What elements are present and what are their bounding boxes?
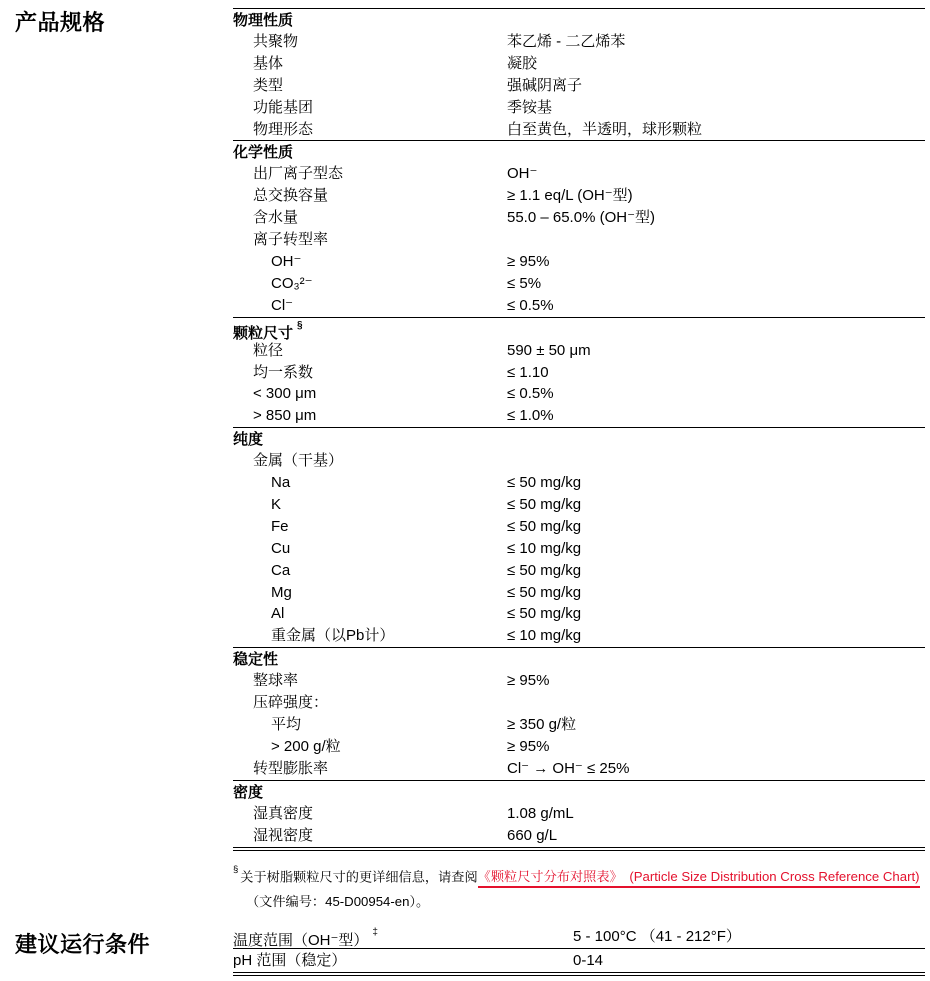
spec-row: 金属（干基） <box>233 450 925 472</box>
spec-row: 转型膨胀率 Cl⁻ → OH⁻ ≤ 25% <box>233 758 925 780</box>
spec-row-label: CO₃²⁻ <box>233 273 507 295</box>
spec-row-label-text: 离子转型率 <box>253 231 328 248</box>
spec-row-label: Mg <box>233 582 507 604</box>
spec-row: 湿视密度 660 g/L <box>233 825 925 847</box>
spec-row: 平均 ≥ 350 g/粒 <box>233 714 925 736</box>
footnote-text-pre: 关于树脂颗粒尺寸的更详细信息，请查阅 <box>240 869 477 884</box>
spec-row-label-text: 出厂离子型态 <box>253 165 343 182</box>
spec-row-value: ≤ 1.0% <box>507 405 925 427</box>
spec-row-value: 强碱阴离子 <box>507 75 925 97</box>
spec-row-label-text: 压碎强度： <box>253 694 328 711</box>
spec-row-label-text: 共聚物 <box>253 33 298 50</box>
spec-section-title: 密度 <box>233 781 925 803</box>
spec-section: 纯度 金属（干基） Na ≤ 50 mg/kg K ≤ 50 mg/kg Fe … <box>233 427 925 647</box>
footnote-marker: § <box>233 864 238 875</box>
spec-row-label: 整球率 <box>233 670 507 692</box>
spec-row-label-text: 重金属（以Pb计） <box>271 627 394 644</box>
spec-section-title-text: 物理性质 <box>233 12 293 29</box>
spec-row: 总交换容量 ≥ 1.1 eq/L (OH⁻型) <box>233 185 925 207</box>
spec-row-label: 金属（干基） <box>233 450 507 472</box>
spec-row: 整球率 ≥ 95% <box>233 670 925 692</box>
section-footnote-marker: § <box>297 320 303 331</box>
spec-row-value: ≤ 50 mg/kg <box>507 516 925 538</box>
spec-row-value <box>507 229 925 251</box>
spec-row-label-text: 金属（干基） <box>253 452 343 469</box>
spec-row: 粒径 590 ± 50 μm <box>233 340 925 362</box>
spec-row: OH⁻ ≥ 95% <box>233 251 925 273</box>
spec-section: 化学性质 出厂离子型态 OH⁻ 总交换容量 ≥ 1.1 eq/L (OH⁻型) … <box>233 140 925 316</box>
spec-row-label-text: OH⁻ <box>271 253 301 270</box>
spec-section-title: 物理性质 <box>233 9 925 31</box>
spec-row-label: 湿视密度 <box>233 825 507 847</box>
spec-row-value: 苯乙烯 - 二乙烯苯 <box>507 31 925 53</box>
spec-section-title-text: 化学性质 <box>233 144 293 161</box>
spec-row-label: 转型膨胀率 <box>233 758 507 780</box>
spec-row: Fe ≤ 50 mg/kg <box>233 516 925 538</box>
spec-row: Cu ≤ 10 mg/kg <box>233 538 925 560</box>
spec-row-value: 白至黄色，半透明，球形颗粒 <box>507 119 925 141</box>
spec-row-value <box>507 692 925 714</box>
spec-row-value: ≤ 5% <box>507 273 925 295</box>
spec-row: 共聚物 苯乙烯 - 二乙烯苯 <box>233 31 925 53</box>
spec-row-value: ≤ 0.5% <box>507 295 925 317</box>
spec-row: 基体 凝胶 <box>233 53 925 75</box>
spec-row-value: ≥ 95% <box>507 251 925 273</box>
spec-row-value: ≤ 50 mg/kg <box>507 603 925 625</box>
spec-row: 含水量 55.0 – 65.0% (OH⁻型) <box>233 207 925 229</box>
spec-row: < 300 μm ≤ 0.5% <box>233 383 925 405</box>
spec-row-label-text: 整球率 <box>253 672 298 689</box>
table-bottom-rule <box>233 972 925 976</box>
spec-row-label: 均一系数 <box>233 362 507 384</box>
spec-row-label-text: 平均 <box>271 716 301 733</box>
spec-row-label-text: 均一系数 <box>253 364 313 381</box>
spec-row-label: > 850 μm <box>233 405 507 427</box>
spec-row-value: OH⁻ <box>507 163 925 185</box>
spec-row: 离子转型率 <box>233 229 925 251</box>
spec-row-label: OH⁻ <box>233 251 507 273</box>
page-title-product-specs: 产品规格 <box>15 6 105 37</box>
spec-row-value: 凝胶 <box>507 53 925 75</box>
spec-row-label: < 300 μm <box>233 383 507 405</box>
spec-row: > 200 g/粒 ≥ 95% <box>233 736 925 758</box>
spec-row: 压碎强度： <box>233 692 925 714</box>
spec-section-title: 纯度 <box>233 428 925 450</box>
spec-row-label-text: CO₃²⁻ <box>271 275 313 292</box>
spec-row-value: 660 g/L <box>507 825 925 847</box>
spec-row: 物理形态 白至黄色，半透明，球形颗粒 <box>233 119 925 141</box>
spec-row: 均一系数 ≤ 1.10 <box>233 362 925 384</box>
spec-row-label-text: 转型膨胀率 <box>253 760 328 777</box>
spec-row-label-text: Mg <box>271 584 292 601</box>
spec-row-value: ≥ 1.1 eq/L (OH⁻型) <box>507 185 925 207</box>
table-bottom-rule <box>233 847 925 851</box>
spec-row-label: Ca <box>233 560 507 582</box>
spec-row-value: ≤ 10 mg/kg <box>507 625 925 647</box>
spec-row-label-text: 类型 <box>253 77 283 94</box>
spec-row-label-text: 基体 <box>253 55 283 72</box>
spec-row-value: ≤ 0.5% <box>507 383 925 405</box>
spec-row-label: 湿真密度 <box>233 803 507 825</box>
operating-row-value: 0-14 <box>573 949 925 972</box>
spec-row-value: ≤ 1.10 <box>507 362 925 384</box>
spec-row-value: Cl⁻ → OH⁻ ≤ 25% <box>507 758 925 780</box>
spec-row-label: 压碎强度： <box>233 692 507 714</box>
spec-row-label: > 200 g/粒 <box>233 736 507 758</box>
spec-row-value: ≥ 95% <box>507 736 925 758</box>
footnote-link[interactable]: 《颗粒尺寸分布对照表》 (Particle Size Distribution … <box>478 869 920 888</box>
spec-row-label-text: Cl⁻ <box>271 297 293 314</box>
spec-section-title-text: 稳定性 <box>233 651 278 668</box>
spec-row-value: ≤ 50 mg/kg <box>507 494 925 516</box>
spec-row-label: 含水量 <box>233 207 507 229</box>
spec-row: 重金属（以Pb计） ≤ 10 mg/kg <box>233 625 925 647</box>
spec-row-label-text: Cu <box>271 540 290 557</box>
spec-row-label: Al <box>233 603 507 625</box>
spec-row-label: Na <box>233 472 507 494</box>
spec-row-value: ≤ 50 mg/kg <box>507 582 925 604</box>
spec-row-value: 季铵基 <box>507 97 925 119</box>
operating-row: 温度范围（OH⁻型）‡ 5 - 100°C （41 - 212°F） <box>233 925 925 949</box>
spec-row-label: 重金属（以Pb计） <box>233 625 507 647</box>
spec-row-label: 平均 <box>233 714 507 736</box>
spec-section-title-text: 纯度 <box>233 431 263 448</box>
spec-row: Mg ≤ 50 mg/kg <box>233 582 925 604</box>
operating-row-label-text: 温度范围（OH⁻型） <box>233 932 368 949</box>
spec-row-label: 类型 <box>233 75 507 97</box>
spec-row-label: 离子转型率 <box>233 229 507 251</box>
spec-row-label: Fe <box>233 516 507 538</box>
spec-row-label-text: < 300 μm <box>253 385 316 402</box>
spec-row-label-text: K <box>271 496 281 513</box>
spec-row-value: ≤ 50 mg/kg <box>507 472 925 494</box>
spec-row-label-text: Al <box>271 605 284 622</box>
operating-conditions-table: 温度范围（OH⁻型）‡ 5 - 100°C （41 - 212°F） pH 范围… <box>233 925 925 976</box>
spec-row: 湿真密度 1.08 g/mL <box>233 803 925 825</box>
spec-row-label-text: 物理形态 <box>253 121 313 138</box>
spec-row-label-text: 总交换容量 <box>253 187 328 204</box>
spec-row-label: 物理形态 <box>233 119 507 141</box>
spec-row-value: ≥ 350 g/粒 <box>507 714 925 736</box>
spec-row-label: 总交换容量 <box>233 185 507 207</box>
spec-row: CO₃²⁻ ≤ 5% <box>233 273 925 295</box>
spec-row: > 850 μm ≤ 1.0% <box>233 405 925 427</box>
spec-row-value <box>507 450 925 472</box>
spec-row-value: ≤ 50 mg/kg <box>507 560 925 582</box>
spec-row-label-text: 含水量 <box>253 209 298 226</box>
spec-row-value: 1.08 g/mL <box>507 803 925 825</box>
spec-section: 密度 湿真密度 1.08 g/mL 湿视密度 660 g/L <box>233 780 925 847</box>
spec-row-label: K <box>233 494 507 516</box>
spec-row: Ca ≤ 50 mg/kg <box>233 560 925 582</box>
spec-row: Cl⁻ ≤ 0.5% <box>233 295 925 317</box>
section-title-operating-conditions: 建议运行条件 <box>15 928 150 959</box>
spec-row: 功能基团 季铵基 <box>233 97 925 119</box>
spec-table: 物理性质 共聚物 苯乙烯 - 二乙烯苯 基体 凝胶 类型 强碱阴离子 功能基团 … <box>233 8 925 851</box>
operating-row-footnote-marker: ‡ <box>372 927 378 938</box>
spec-section: 颗粒尺寸§ 粒径 590 ± 50 μm 均一系数 ≤ 1.10 < 300 μ… <box>233 317 925 428</box>
spec-section-title-text: 密度 <box>233 784 263 801</box>
spec-row-label: Cu <box>233 538 507 560</box>
operating-row: pH 范围（稳定） 0-14 <box>233 949 925 972</box>
spec-row-value: ≤ 10 mg/kg <box>507 538 925 560</box>
spec-row-label: 基体 <box>233 53 507 75</box>
spec-row-value: 590 ± 50 μm <box>507 340 925 362</box>
spec-row-label-text: 湿视密度 <box>253 827 313 844</box>
operating-row-label: pH 范围（稳定） <box>233 949 573 972</box>
spec-section: 物理性质 共聚物 苯乙烯 - 二乙烯苯 基体 凝胶 类型 强碱阴离子 功能基团 … <box>233 8 925 140</box>
spec-row-value: ≥ 95% <box>507 670 925 692</box>
spec-row-label-text: Fe <box>271 518 289 535</box>
spec-row-label: Cl⁻ <box>233 295 507 317</box>
spec-row-label: 功能基团 <box>233 97 507 119</box>
spec-row: K ≤ 50 mg/kg <box>233 494 925 516</box>
operating-row-label-text: pH 范围（稳定） <box>233 952 346 969</box>
spec-row: Na ≤ 50 mg/kg <box>233 472 925 494</box>
spec-row-label-text: 湿真密度 <box>253 805 313 822</box>
spec-row: Al ≤ 50 mg/kg <box>233 603 925 625</box>
spec-row-label-text: > 200 g/粒 <box>271 738 341 755</box>
spec-row-value: 55.0 – 65.0% (OH⁻型) <box>507 207 925 229</box>
spec-row-label: 粒径 <box>233 340 507 362</box>
spec-section-title: 化学性质 <box>233 141 925 163</box>
spec-row-label-text: 功能基团 <box>253 99 313 116</box>
spec-row-label-text: 粒径 <box>253 342 283 359</box>
spec-section-title: 颗粒尺寸§ <box>233 318 925 340</box>
operating-row-label: 温度范围（OH⁻型）‡ <box>233 925 573 948</box>
operating-row-value: 5 - 100°C （41 - 212°F） <box>573 925 925 948</box>
spec-section-title: 稳定性 <box>233 648 925 670</box>
spec-row-label-text: > 850 μm <box>253 407 316 424</box>
footnote: §关于树脂颗粒尺寸的更详细信息，请查阅《颗粒尺寸分布对照表》 (Particle… <box>233 861 930 914</box>
spec-row: 类型 强碱阴离子 <box>233 75 925 97</box>
spec-row: 出厂离子型态 OH⁻ <box>233 163 925 185</box>
spec-row-label: 共聚物 <box>233 31 507 53</box>
spec-row-label-text: Na <box>271 474 290 491</box>
spec-section: 稳定性 整球率 ≥ 95% 压碎强度： 平均 ≥ 350 g/粒 > 200 g… <box>233 647 925 779</box>
spec-row-label-text: Ca <box>271 562 290 579</box>
spec-row-label: 出厂离子型态 <box>233 163 507 185</box>
